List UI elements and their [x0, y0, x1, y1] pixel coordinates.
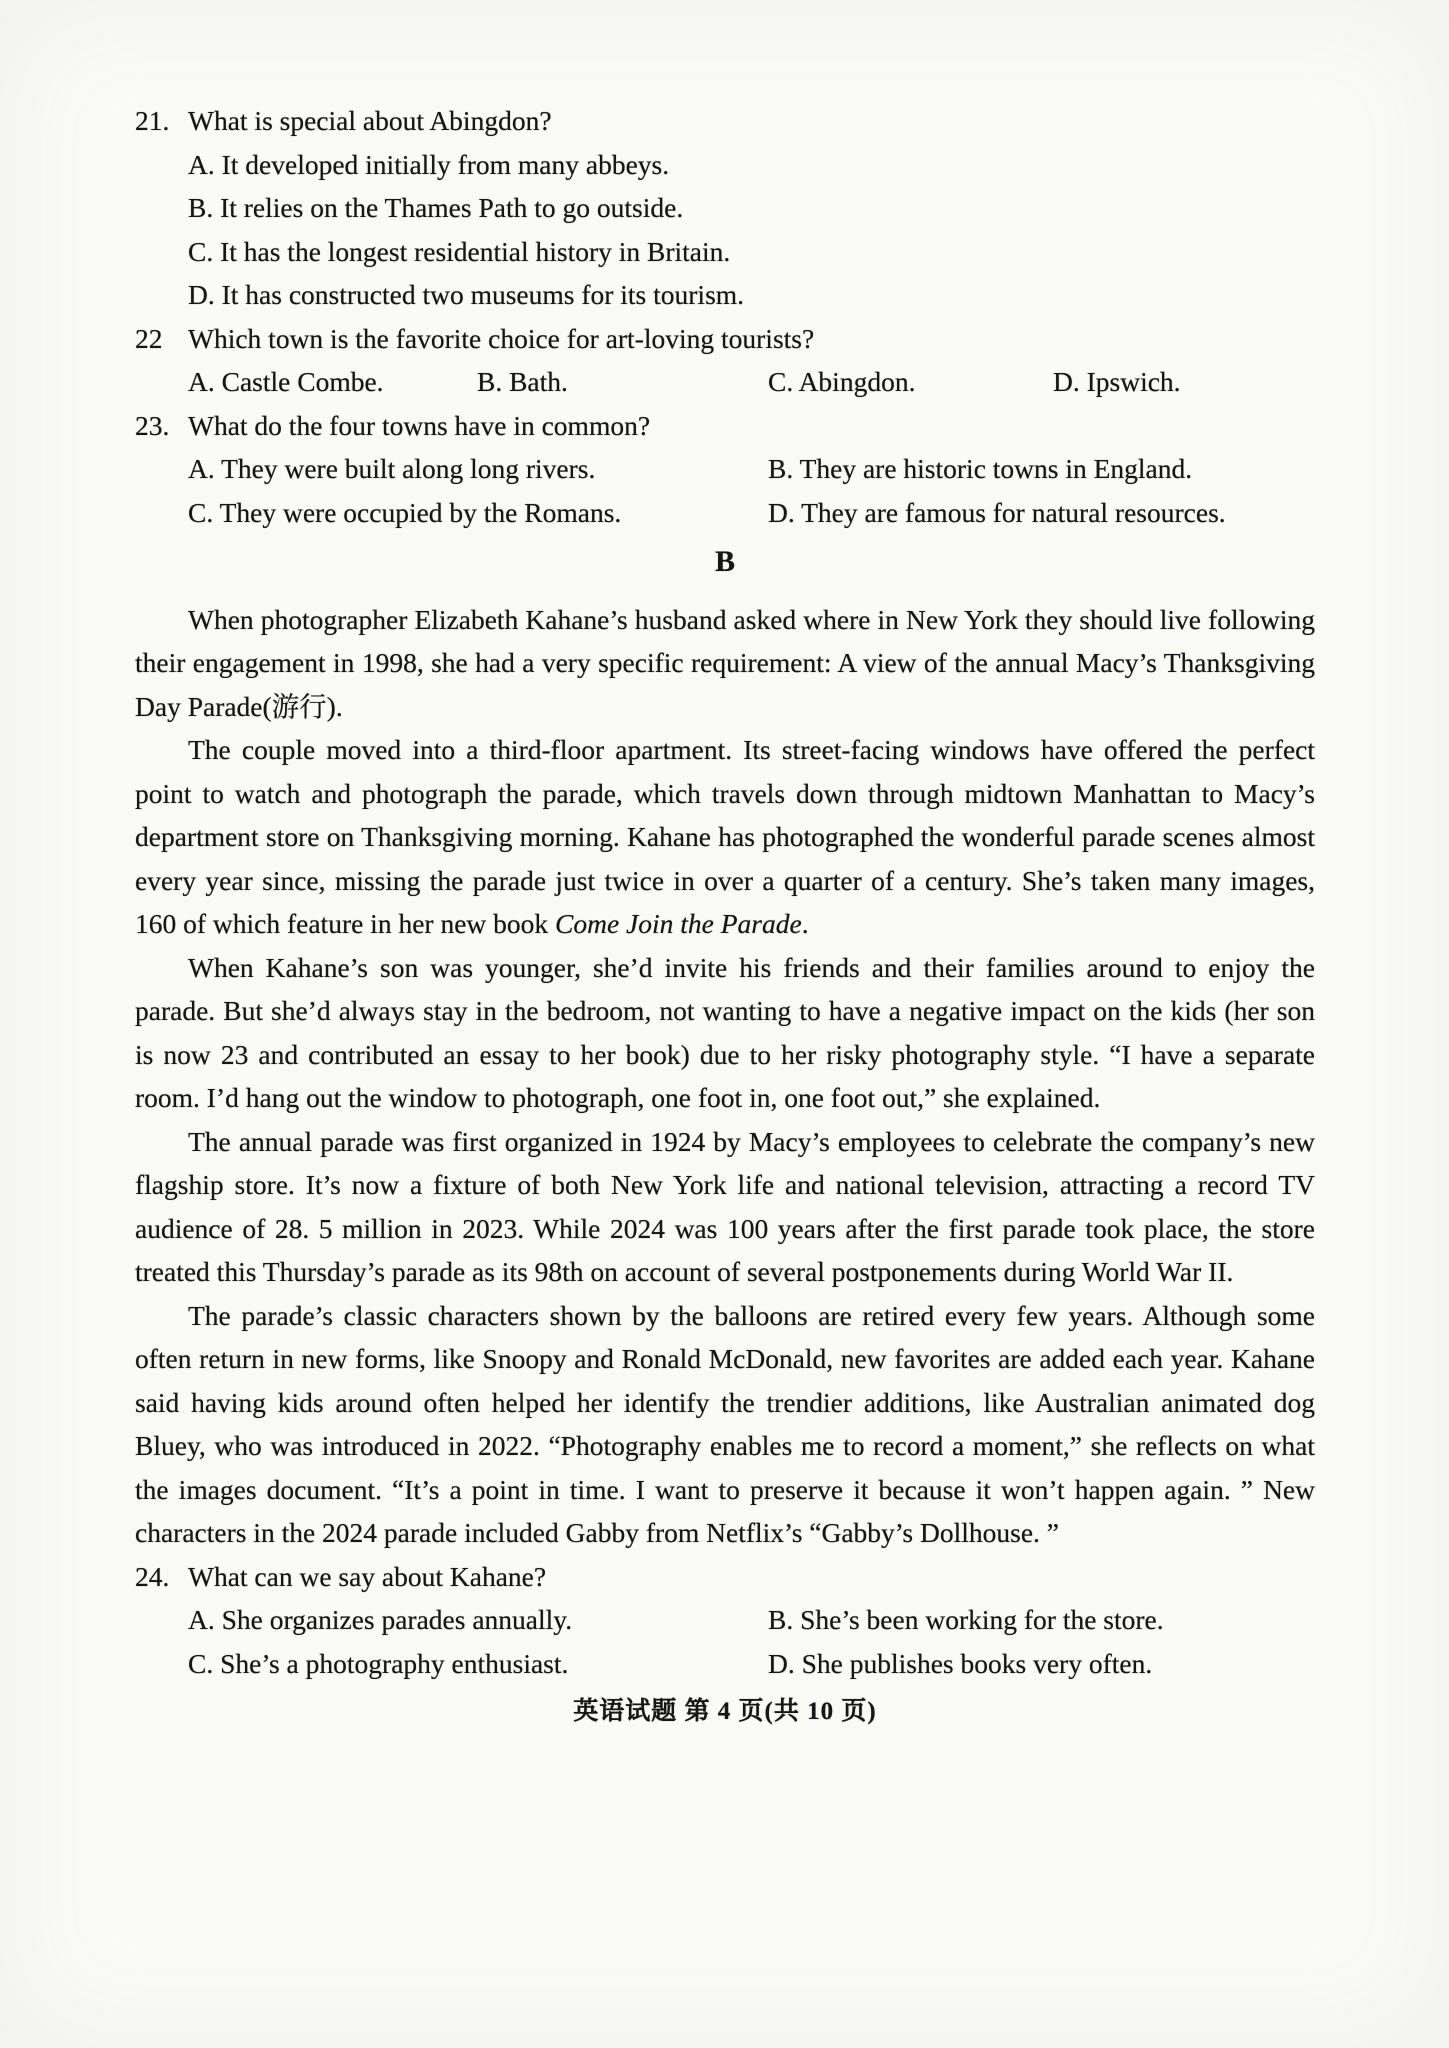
passage-paragraph-4: The annual parade was first organized in…: [135, 1120, 1315, 1294]
question-23: 23.What do the four towns have in common…: [135, 404, 1315, 535]
question-23-number: 23.: [135, 404, 188, 448]
option-22-a: A. Castle Combe.: [188, 360, 384, 404]
book-title: Come Join the Parade: [555, 908, 802, 939]
option-22-b: B. Bath.: [477, 360, 568, 404]
passage-paragraph-1: When photographer Elizabeth Kahane’s hus…: [135, 598, 1315, 729]
question-23-stem: 23.What do the four towns have in common…: [135, 404, 1315, 448]
option-21-b: B. It relies on the Thames Path to go ou…: [135, 186, 1315, 230]
page-footer: 英语试题 第 4 页(共 10 页): [135, 1690, 1315, 1734]
exam-content: 21.What is special about Abingdon? A. It…: [135, 99, 1315, 1734]
question-24-number: 24.: [135, 1555, 188, 1599]
option-23-d: D. They are famous for natural resources…: [768, 491, 1226, 535]
question-22-text: Which town is the favorite choice for ar…: [188, 323, 814, 354]
question-22-options: A. Castle Combe. B. Bath. C. Abingdon. D…: [135, 360, 1315, 404]
question-22: 22Which town is the favorite choice for …: [135, 317, 1315, 404]
question-24: 24.What can we say about Kahane? A. She …: [135, 1555, 1315, 1686]
passage-paragraph-2-tail: .: [802, 908, 809, 939]
question-21: 21.What is special about Abingdon? A. It…: [135, 99, 1315, 317]
question-23-options-row-2: C. They were occupied by the Romans. D. …: [135, 491, 1315, 535]
option-22-c: C. Abingdon.: [768, 360, 915, 404]
question-21-text: What is special about Abingdon?: [188, 105, 552, 136]
section-heading-b: B: [135, 540, 1315, 584]
exam-page: 21.What is special about Abingdon? A. It…: [0, 0, 1449, 2048]
question-22-number: 22: [135, 317, 188, 361]
option-23-a: A. They were built along long rivers.: [188, 447, 595, 491]
option-21-c: C. It has the longest residential histor…: [135, 230, 1315, 274]
question-24-stem: 24.What can we say about Kahane?: [135, 1555, 1315, 1599]
option-21-a: A. It developed initially from many abbe…: [135, 143, 1315, 187]
option-24-b: B. She’s been working for the store.: [768, 1598, 1164, 1642]
question-21-options: A. It developed initially from many abbe…: [135, 143, 1315, 317]
option-21-d: D. It has constructed two museums for it…: [135, 273, 1315, 317]
question-24-options-row-1: A. She organizes parades annually. B. Sh…: [135, 1598, 1315, 1642]
question-24-text: What can we say about Kahane?: [188, 1561, 546, 1592]
option-23-c: C. They were occupied by the Romans.: [188, 491, 621, 535]
question-22-stem: 22Which town is the favorite choice for …: [135, 317, 1315, 361]
option-23-b: B. They are historic towns in England.: [768, 447, 1192, 491]
option-22-d: D. Ipswich.: [1053, 360, 1181, 404]
passage-paragraph-2: The couple moved into a third-floor apar…: [135, 728, 1315, 946]
option-24-d: D. She publishes books very often.: [768, 1642, 1152, 1686]
question-21-stem: 21.What is special about Abingdon?: [135, 99, 1315, 143]
passage-paragraph-5: The parade’s classic characters shown by…: [135, 1294, 1315, 1555]
question-21-number: 21.: [135, 99, 188, 143]
option-24-c: C. She’s a photography enthusiast.: [188, 1642, 568, 1686]
option-24-a: A. She organizes parades annually.: [188, 1598, 572, 1642]
question-24-options-row-2: C. She’s a photography enthusiast. D. Sh…: [135, 1642, 1315, 1686]
question-23-options-row-1: A. They were built along long rivers. B.…: [135, 447, 1315, 491]
question-23-text: What do the four towns have in common?: [188, 410, 650, 441]
passage-paragraph-3: When Kahane’s son was younger, she’d inv…: [135, 946, 1315, 1120]
